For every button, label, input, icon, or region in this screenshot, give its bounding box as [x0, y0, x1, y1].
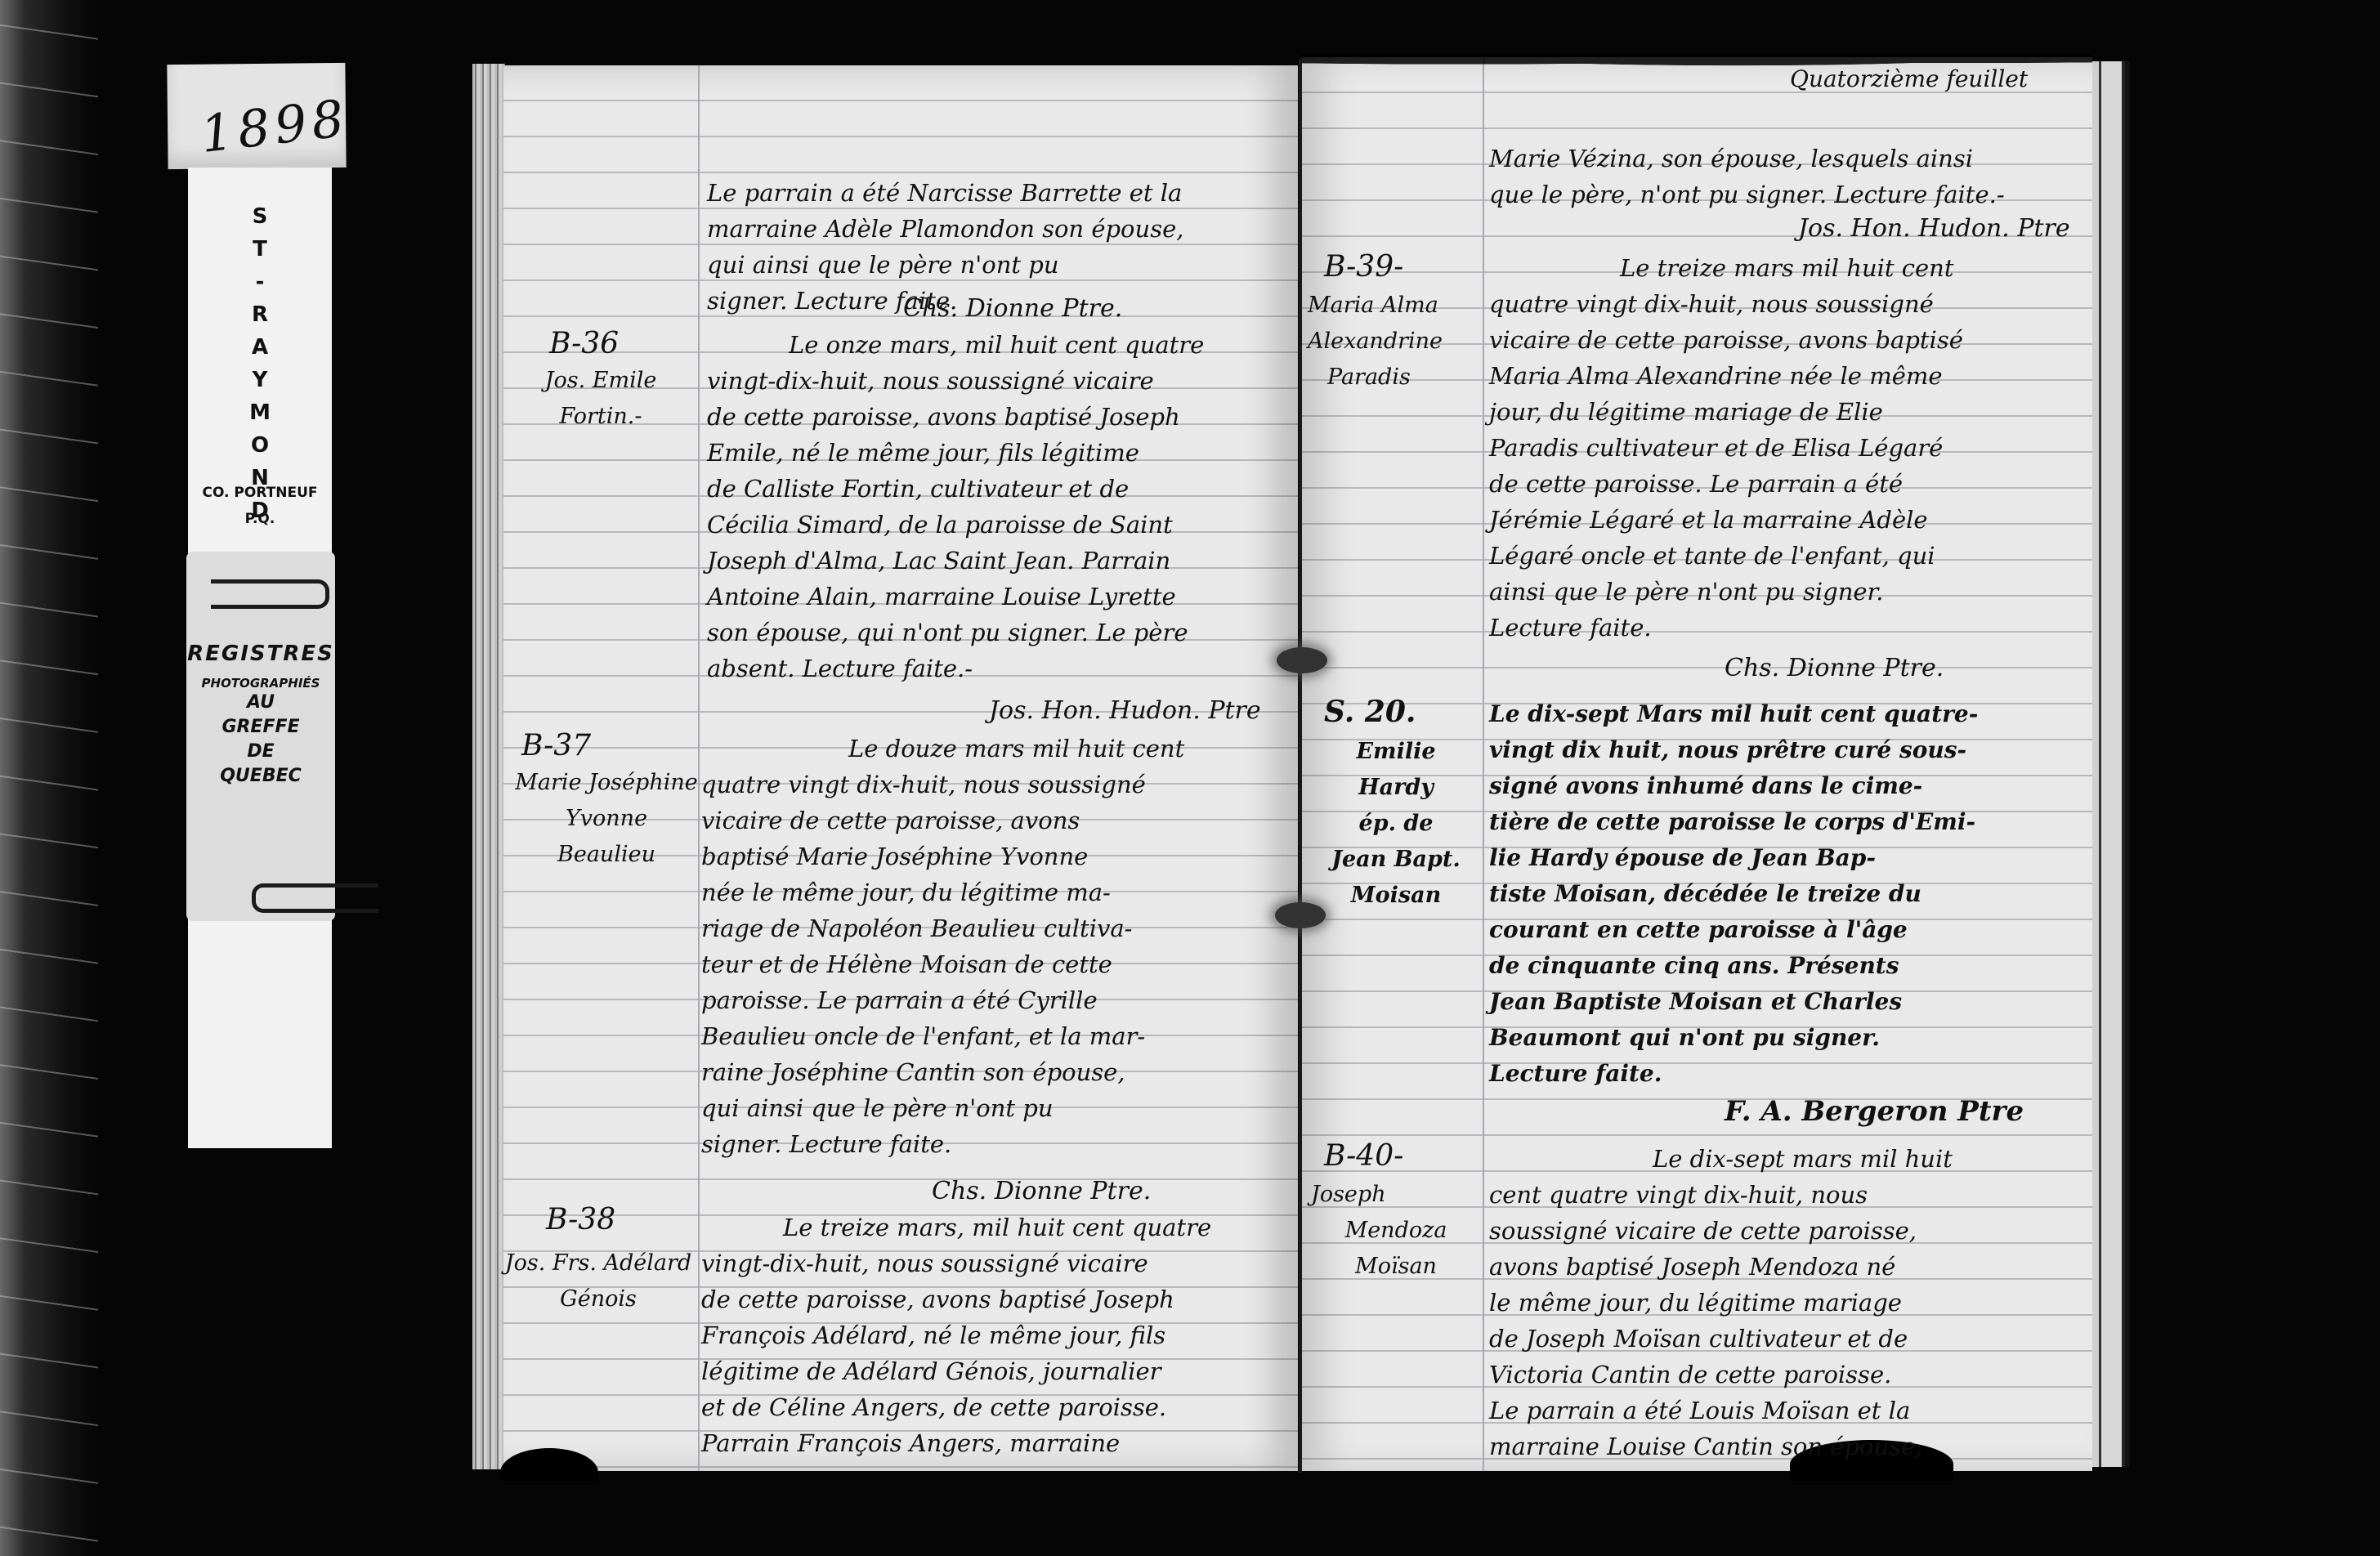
entry-body: Le dix-sept mars mil huit cent quatre vi…: [1489, 1141, 1953, 1464]
signature: Jos. Hon. Hudon. Ptre: [1798, 214, 2070, 243]
year-label: 1898: [198, 88, 352, 164]
paperclip-icon: [252, 883, 378, 913]
parish-name-vertical: S T - R A Y M O N D: [188, 200, 332, 527]
entry-margin-name: Jos. Frs. Adélard Génois: [500, 1245, 696, 1317]
signature: Chs. Dionne Ptre.: [932, 1177, 1151, 1205]
registry-stamp-text: REGISTRES PHOTOGRAPHIÉS AU GREFFE DE QUE…: [186, 642, 335, 789]
entry-margin-name: Jos. Emile Fortin.-: [508, 363, 693, 435]
signature: Chs. Dionne Ptre.: [903, 294, 1122, 323]
register-entry-id: B-36: [549, 327, 619, 360]
signature: Chs. Dionne Ptre.: [1725, 654, 1944, 682]
paperclip-icon: [211, 579, 329, 609]
year-label-card: 1898: [167, 63, 346, 169]
entry-margin-name: Emilie Hardy ép. de Jean Bapt. Moisan: [1308, 734, 1484, 914]
registry-stamp-card: REGISTRES PHOTOGRAPHIÉS AU GREFFE DE QUE…: [186, 552, 335, 921]
signature: F. A. Bergeron Ptre: [1725, 1095, 2024, 1128]
register-entry-id: S. 20.: [1324, 695, 1416, 729]
signature: Jos. Hon. Hudon. Ptre: [989, 696, 1261, 725]
right-continuation-text: Marie Vézina, son épouse, lesquels ainsi…: [1489, 141, 2005, 212]
register-entry-id: B-38: [546, 1203, 615, 1236]
entry-body: Le douze mars mil huit cent quatre vingt…: [701, 731, 1184, 1162]
entry-margin-name: Maria Alma Alexandrine Paradis: [1308, 288, 1484, 396]
register-entry-id: B-40-: [1324, 1139, 1403, 1173]
film-edge-noise: [0, 0, 98, 1556]
binding-thread-knot: [1277, 647, 1327, 673]
province-label: P.Q.: [188, 511, 332, 527]
entry-margin-name: Joseph Mendoza Moïsan: [1308, 1177, 1484, 1285]
right-page-edges: [2092, 61, 2130, 1467]
folio-heading: Quatorzième feuillet: [1790, 65, 2028, 92]
entry-body: Le treize mars, mil huit cent quatre vin…: [701, 1209, 1211, 1461]
film-bottom: [458, 1481, 2141, 1556]
register-entry-id: B-39-: [1324, 250, 1403, 284]
entry-body: Le treize mars mil huit cent quatre ving…: [1489, 250, 1963, 646]
entry-body: Le onze mars, mil huit cent quatre vingt…: [707, 327, 1204, 686]
register-entry-id: B-37: [521, 729, 591, 762]
book-gutter: [1299, 59, 1302, 1473]
county-label: CO. PORTNEUF: [188, 485, 332, 501]
entry-margin-name: Marie Joséphine Yvonne Beaulieu: [508, 765, 705, 873]
entry-body: Le dix-sept Mars mil huit cent quatre- v…: [1489, 696, 1978, 1092]
